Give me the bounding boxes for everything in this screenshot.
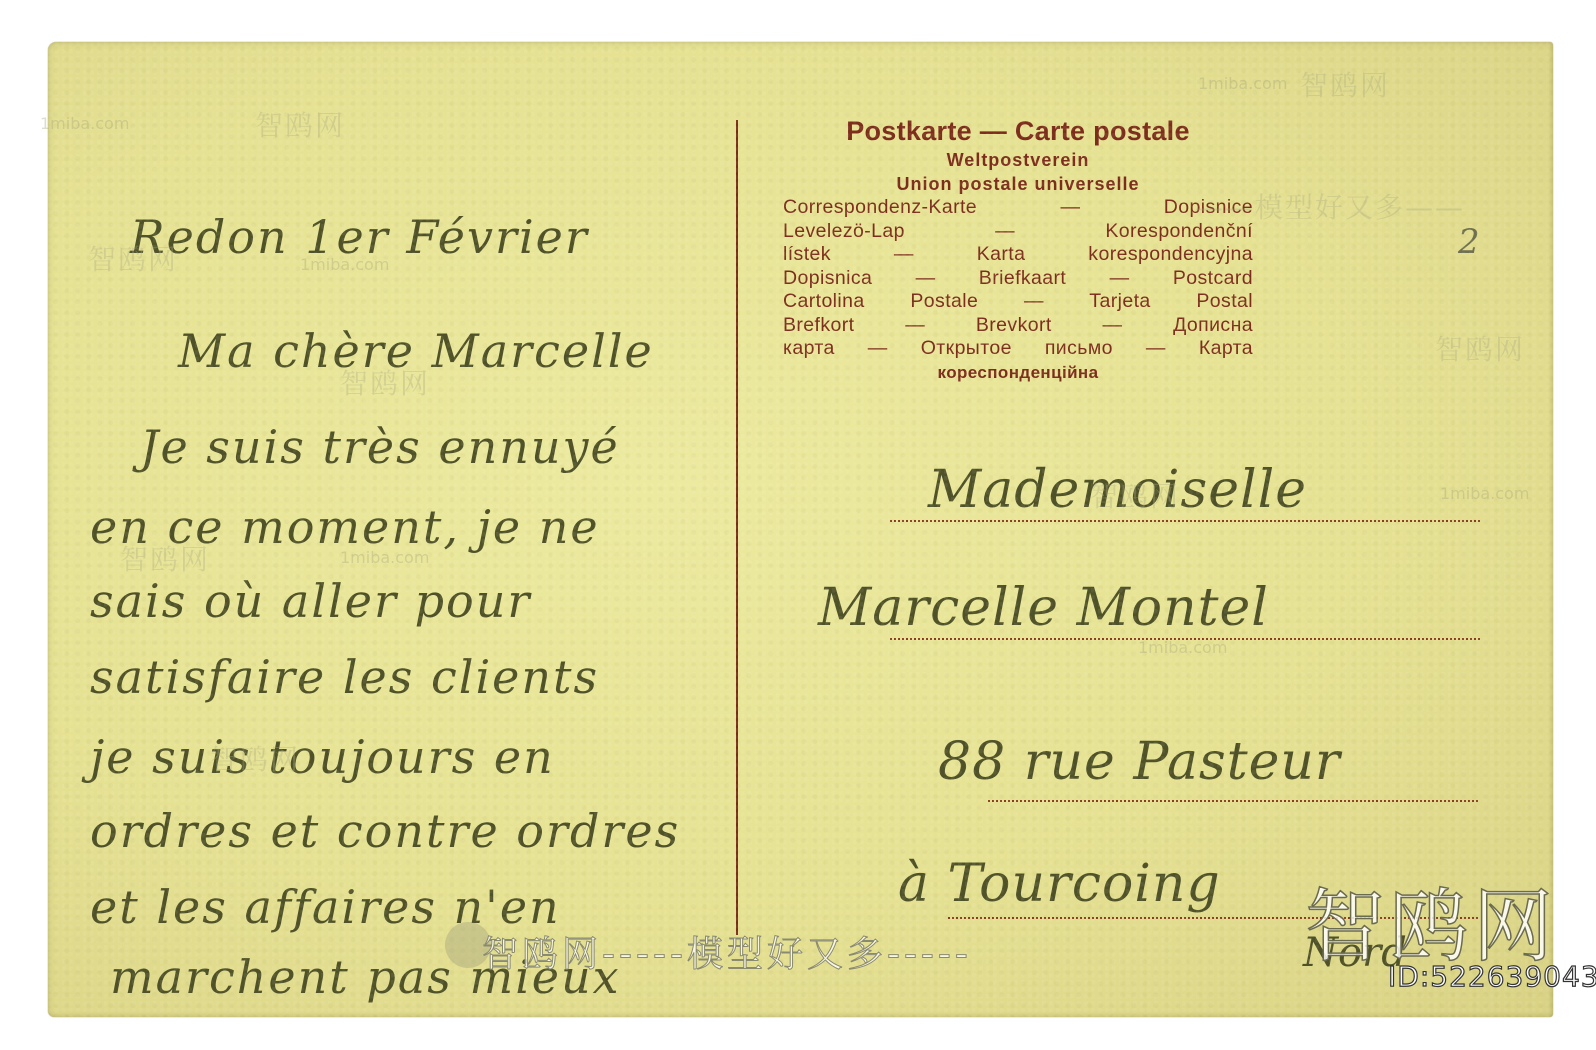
- message-line: ordres et contre ordres: [90, 804, 680, 858]
- printed-header: Postkarte — Carte postale Weltpostverein…: [783, 114, 1253, 384]
- address-line: 88 rue Pasteur: [938, 732, 1341, 792]
- translation-line: Correspondenz-Karte — Dopisnice: [783, 196, 1253, 220]
- address-rule: [988, 800, 1478, 802]
- message-line: marchent pas mieux: [110, 950, 621, 1004]
- address-line: Marcelle Montel: [818, 578, 1269, 638]
- translation-line: карта — Открытое письмо — Карта: [783, 337, 1253, 361]
- message-line: je suis toujours en: [90, 730, 555, 784]
- union-label-fr: Union postale universelle: [783, 172, 1253, 196]
- message-line: satisfaire les clients: [90, 650, 599, 704]
- address-rule: [948, 917, 1478, 919]
- pencil-mark: 2: [1458, 222, 1480, 262]
- message-line: Je suis très ennuyé: [140, 420, 620, 474]
- union-label-de: Weltpostverein: [783, 148, 1253, 172]
- translation-line: lístek — Karta korespondencyjna: [783, 243, 1253, 267]
- watermark-logo-icon: [445, 922, 491, 968]
- image-id-label: ID:522639043: [1388, 960, 1596, 993]
- message-line: et les affaires n'en: [90, 880, 561, 934]
- address-rule: [890, 520, 1480, 522]
- address-line: Mademoiselle: [928, 460, 1307, 520]
- center-divider: [736, 120, 738, 935]
- message-line: en ce moment, je ne: [90, 500, 600, 554]
- address-rule: [890, 638, 1480, 640]
- message-dateline: Redon 1er Février: [130, 210, 589, 264]
- translation-line-last: кореспонденційна: [783, 361, 1253, 385]
- message-salutation: Ma chère Marcelle: [178, 324, 654, 378]
- message-line: sais où aller pour: [90, 574, 531, 628]
- address-line: à Tourcoing: [898, 854, 1221, 914]
- postcard-title: Postkarte — Carte postale: [783, 114, 1253, 148]
- translation-line: Cartolina Postale — Tarjeta Postal: [783, 290, 1253, 314]
- postcard: Postkarte — Carte postale Weltpostverein…: [48, 42, 1553, 1017]
- translation-line: Dopisnica — Briefkaart — Postcard: [783, 267, 1253, 291]
- translation-line: Levelezö-Lap — Korespondenční: [783, 220, 1253, 244]
- translation-line: Brefkort — Brevkort — Дописна: [783, 314, 1253, 338]
